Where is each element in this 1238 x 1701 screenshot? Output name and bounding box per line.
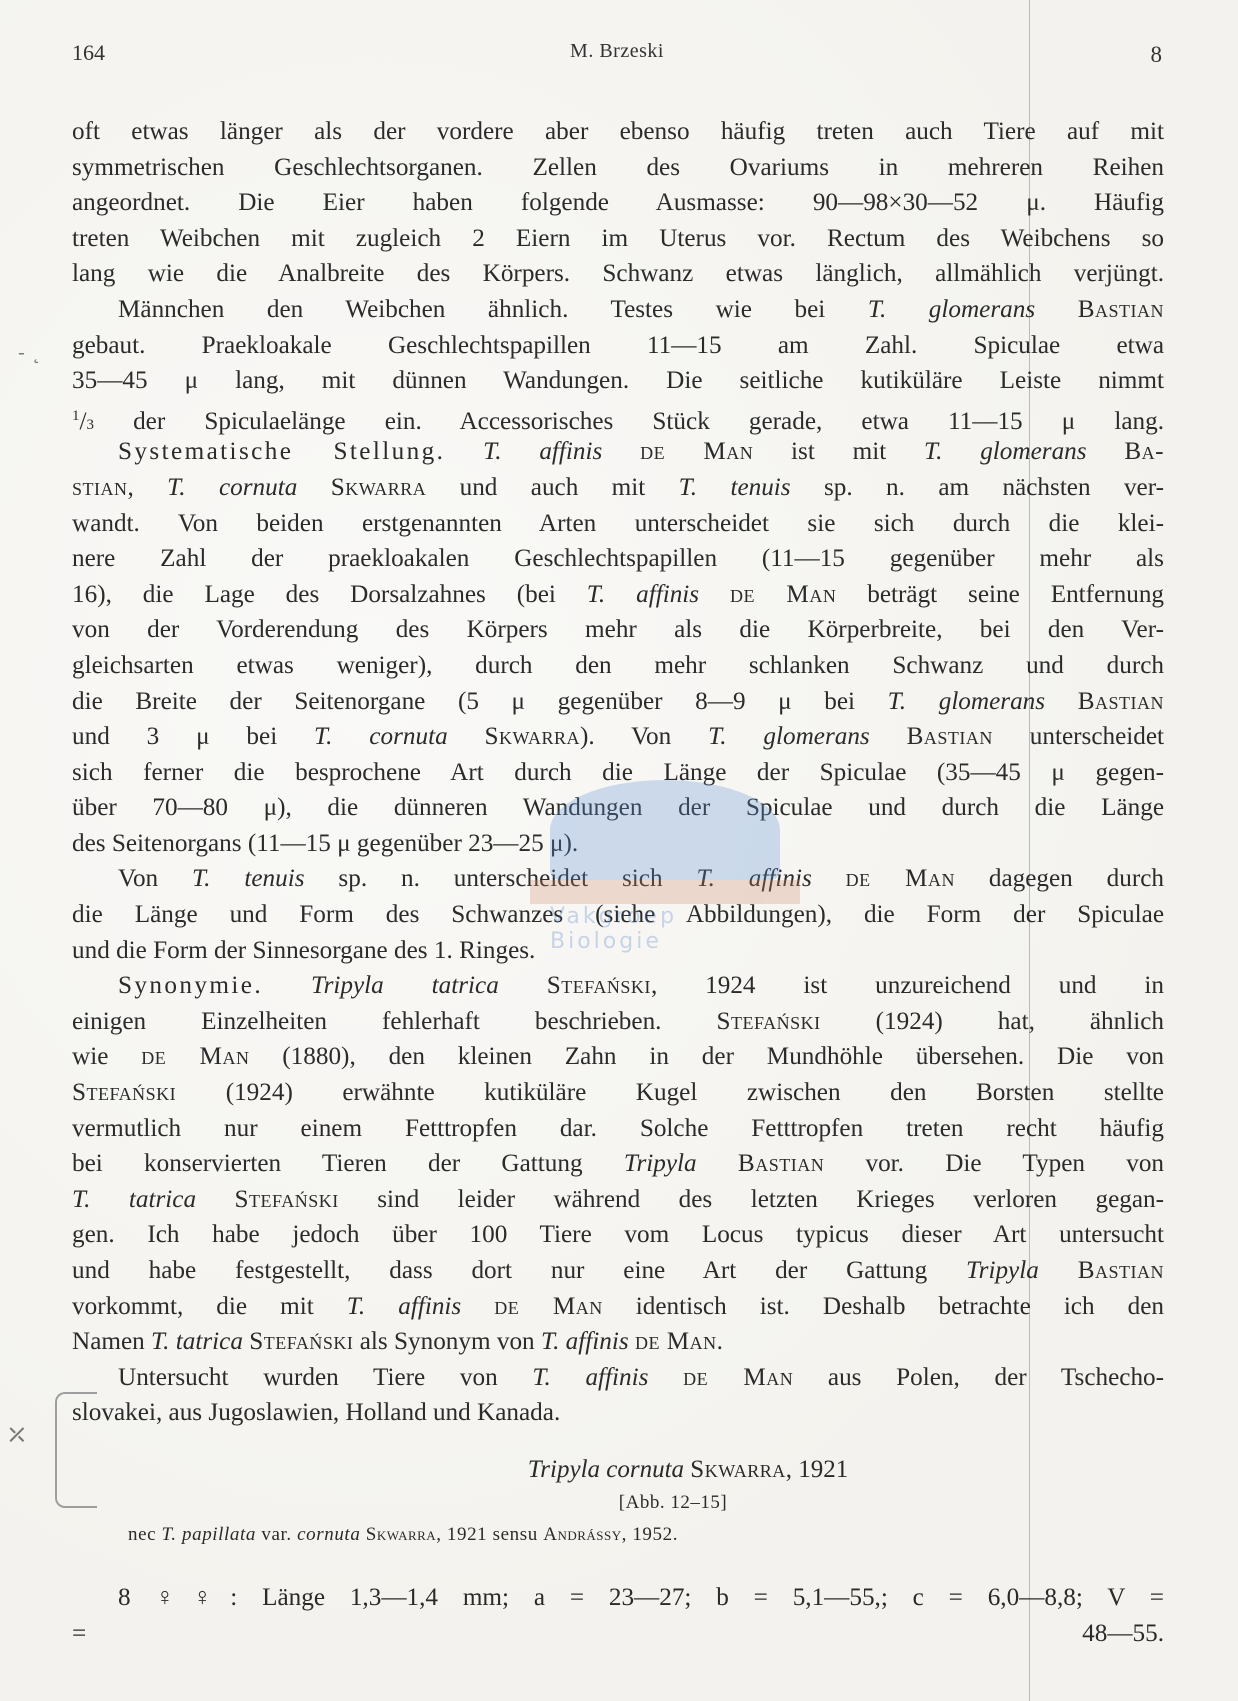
text-line: bei konservierten Tieren der Gattung Tri… — [72, 1146, 1164, 1182]
text-line: 1/3 der Spiculaelänge ein. Accessorische… — [72, 399, 1164, 435]
text-line: gleichsarten etwas weniger), durch den m… — [72, 648, 1164, 684]
text-line: oft etwas länger als der vordere aber eb… — [72, 114, 1164, 150]
nec-synonym-line: nec T. papillata var. cornuta Skwarra, 1… — [72, 1518, 1164, 1552]
text-line: und die Form der Sinnesorgane des 1. Rin… — [72, 933, 1164, 969]
body-text: oft etwas länger als der vordere aber eb… — [72, 114, 1164, 1431]
measurements-line: = 48—55. — [72, 1616, 1164, 1652]
nec-sensu-author: Andrássy — [543, 1524, 621, 1545]
nec-var-name: cornuta — [297, 1524, 360, 1545]
measurements-paragraph: 8 ♀♀: Länge 1,3—1,4 mm; a = 23—27; b = 5… — [72, 1580, 1164, 1651]
text-line: wie de Man (1880), den kleinen Zahn in d… — [72, 1039, 1164, 1075]
species-year: , 1921 — [786, 1456, 849, 1483]
text-line: die Länge und Form des Schwanzes (siehe … — [72, 897, 1164, 933]
margin-mark: - ˛ — [18, 340, 41, 364]
species-title: Tripyla cornuta Skwarra, 1921 — [72, 1452, 1164, 1488]
text-line: treten Weibchen mit zugleich 2 Eiern im … — [72, 221, 1164, 257]
figure-reference: [Abb. 12–15] — [72, 1488, 1164, 1518]
text-line: vermutlich nur einem Fetttropfen dar. So… — [72, 1111, 1164, 1147]
species-genus: Tripyla cornuta — [528, 1456, 684, 1483]
text-line: und habe festgestellt, dass dort nur ein… — [72, 1253, 1164, 1289]
species-heading-block: Tripyla cornuta Skwarra, 1921 [Abb. 12–1… — [72, 1452, 1164, 1552]
text-line: über 70—80 μ), die dünneren Wandungen de… — [72, 790, 1164, 826]
text-line: Namen T. tatrica Stefański als Synonym v… — [72, 1324, 1164, 1360]
section-systematische-stellung: Systematische Stellung. T. affinis de Ma… — [72, 434, 1164, 470]
text-line: gen. Ich habe jedoch über 100 Tiere vom … — [72, 1217, 1164, 1253]
nec-rest: , 1921 sensu — [436, 1524, 538, 1545]
running-author: M. Brzeski — [72, 40, 1162, 63]
paragraph-start: Männchen den Weibchen ähnlich. Testes wi… — [72, 292, 1164, 328]
text-line: T. tatrica Stefański sind leider während… — [72, 1182, 1164, 1218]
text-line: angeordnet. Die Eier haben folgende Ausm… — [72, 185, 1164, 221]
section-number: 8 — [1151, 42, 1163, 68]
paragraph-start: Untersucht wurden Tiere von T. affinis d… — [72, 1360, 1164, 1396]
text-line: slovakei, aus Jugoslawien, Holland und K… — [72, 1395, 1164, 1431]
text-line: gebaut. Praekloakale Geschlechtspapillen… — [72, 328, 1164, 364]
nec-year: , 1952. — [622, 1524, 678, 1545]
running-header: 164 M. Brzeski 8 — [72, 40, 1162, 70]
nec-name: T. papillata — [162, 1524, 256, 1545]
text-line: einigen Einzelheiten fehlerhaft beschrie… — [72, 1004, 1164, 1040]
text-line: sich ferner die besprochene Art durch di… — [72, 755, 1164, 791]
species-author: Skwarra — [690, 1456, 785, 1483]
text-line: 35—45 μ lang, mit dünnen Wandungen. Die … — [72, 363, 1164, 399]
nec-var: var. — [261, 1524, 291, 1545]
text-line: nere Zahl der praekloakalen Geschlechtsp… — [72, 541, 1164, 577]
text-line: lang wie die Analbreite des Körpers. Sch… — [72, 256, 1164, 292]
text-line: 16), die Lage des Dorsalzahnes (bei T. a… — [72, 577, 1164, 613]
text-line: wandt. Von beiden erstgenannten Arten un… — [72, 506, 1164, 542]
text-line: vorkommt, die mit T. affinis de Man iden… — [72, 1289, 1164, 1325]
text-line: und 3 μ bei T. cornuta Skwarra). Von T. … — [72, 719, 1164, 755]
text-line: des Seitenorgans (11—15 μ gegenüber 23—2… — [72, 826, 1164, 862]
text-line: symmetrischen Geschlechtsorganen. Zellen… — [72, 150, 1164, 186]
paragraph-start: Von T. tenuis sp. n. unterscheidet sich … — [72, 861, 1164, 897]
margin-cross-mark: ⤫ — [6, 1420, 28, 1450]
text-line: von der Vorderendung des Körpers mehr al… — [72, 612, 1164, 648]
text-line: stian, T. cornuta Skwarra und auch mit T… — [72, 470, 1164, 506]
text-line: die Breite der Seitenorgane (5 μ gegenüb… — [72, 684, 1164, 720]
measurements-line: 8 ♀♀: Länge 1,3—1,4 mm; a = 23—27; b = 5… — [72, 1580, 1164, 1616]
text-line: Stefański (1924) erwähnte kutiküläre Kug… — [72, 1075, 1164, 1111]
nec-author: Skwarra — [366, 1524, 436, 1545]
section-synonymie: Synonymie. Tripyla tatrica Stefański, 19… — [72, 968, 1164, 1004]
nec-prefix: nec — [128, 1524, 156, 1545]
